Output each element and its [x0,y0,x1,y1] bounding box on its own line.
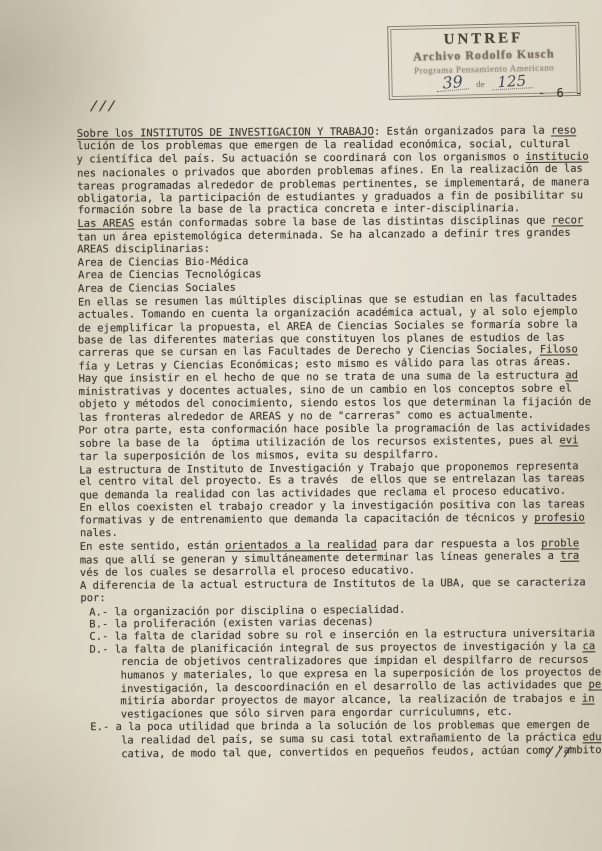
underlined-text-segment: edu [583,731,602,743]
underlined-text-segment: ca [582,640,595,652]
text-line: base de las diferentes materias que cons… [78,331,602,347]
text-line: rencia de objetivos centralizadores que … [81,654,602,669]
text-segment: Area de Ciencias Bio-Médica [78,256,249,269]
continuation-mark-bottom: /// [545,745,574,760]
document-page: UNTREF Archivo Rodolfo Kusch Programa Pe… [0,0,602,851]
text-segment: : Están organizados para la [374,125,551,138]
text-line: mitiría abordar proyectos de mayor alcan… [80,692,602,708]
underlined-text-segment: recor [552,215,584,227]
text-segment: E.- a la poca utilidad que brinda a la s… [90,719,589,733]
text-segment: objeto y métodos del conocimiento, siend… [79,396,591,410]
text-segment: nales. [80,527,118,539]
text-segment: lución de los problemas que emergen de l… [77,138,570,152]
underlined-text-segment: orientados a la realidad [225,539,377,552]
underlined-text-segment: evi [559,434,578,446]
text-segment: tar la superposición de los mismos, evit… [79,448,439,463]
text-segment: En este sentido, están [80,540,225,553]
underlined-text-segment: institucio [525,150,588,162]
text-line: objeto y métodos del conocimiento, siend… [79,396,602,411]
underlined-text-segment: per [588,678,602,690]
text-segment: AREAS disciplinarias: [77,243,210,256]
text-line: Por otra parte, esta conformación hace p… [78,421,602,437]
text-line: nales. [80,525,602,540]
text-line: E.- a la poca utilidad que brinda a la s… [81,718,602,733]
stamp-total-handwritten: 125 [491,73,532,90]
stamp-de-label: de [476,79,485,89]
page-number: - 6 - [538,86,584,100]
underlined-text-segment: Sobre los INSTITUTOS DE INVESTIGACION Y … [77,126,374,140]
underlined-text-segment: Filoso [540,344,578,356]
text-segment: mitiría abordar proyectos de mayor alcan… [120,693,582,708]
text-segment: A diferencia de la actual estructura de … [80,576,586,592]
stamp-number-handwritten: 39 [436,74,470,92]
text-segment: rencia de objetivos centralizadores que … [121,654,589,668]
text-segment: Area de Ciencias Sociales [78,282,236,295]
continuation-mark-top: /// [89,99,118,114]
text-segment: para dar respuesta a los [377,538,541,551]
underlined-text-segment: tra [560,550,579,562]
underlined-text-segment: profesio [534,512,585,524]
underlined-text-segment: ad [565,370,578,382]
text-segment: Por otra parte, esta conformación hace p… [78,421,590,436]
text-segment: formación sobre la base de la practica c… [78,203,521,217]
underlined-text-segment: Las AREAS [77,218,134,230]
text-line: Area de Ciencias Tecnológicas [78,267,602,282]
document-body: Sobre los INSTITUTOS DE INVESTIGACION Y … [77,124,602,760]
text-segment: Area de Ciencias Tecnológicas [78,268,261,281]
underlined-text-segment: reso [551,124,576,136]
underlined-text-segment: proble [541,537,579,549]
underlined-text-segment: in [582,692,595,704]
text-segment: por: [80,592,105,604]
text-segment: B.- la proliferación (existen varias dec… [89,616,374,631]
text-segment: base de las diferentes materias que cons… [78,331,565,346]
